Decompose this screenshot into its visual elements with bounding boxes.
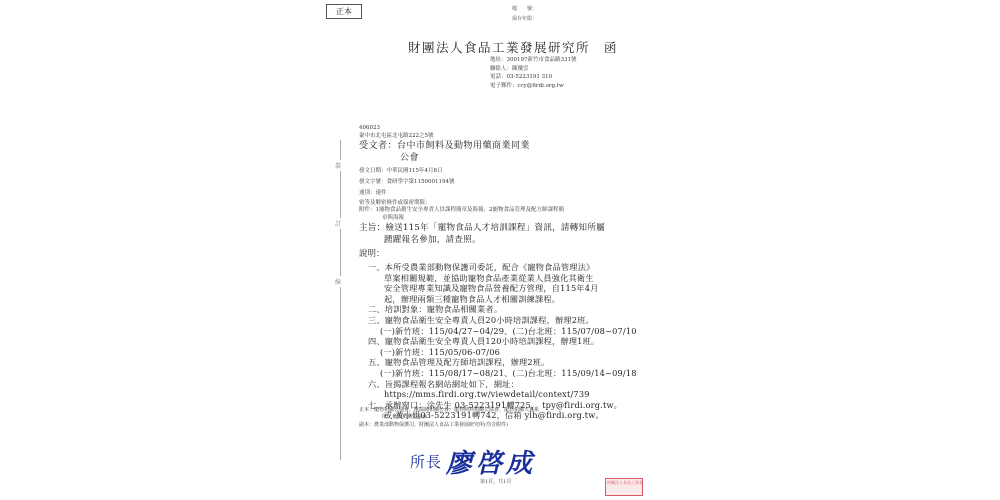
item-6: 六、旨揭課程報名網站網址如下，網址： https://mms.firdi.org… [368,379,637,400]
attachments-line-1: 附件：1寵物食品衛生安全專責人員課程簡章及海報、2寵物食品管理及配方師課程簡 [359,207,564,215]
contact-phone: 電話：03-5223191 310 [490,73,577,82]
issue-number: 發文字號：食研學字第1150001194號 [359,177,455,185]
item-4: 四、寵物食品衛生安全專責人員120小時培訓課程，辦理1班。 (一)新竹班：115… [368,336,637,357]
original-copy-line-2: 所、畜牧相關公協會 [359,414,539,421]
issue-date: 發文日期：中華民國115年4月8日 [359,166,443,174]
attachments-line-2: 章與海報 [359,215,564,223]
official-seal-icon: 財團法人食品工業發展研究所 [605,478,643,496]
retention-label: 保存年限： [512,14,537,24]
confidentiality: 密等及解密條件或保密期限： [359,198,431,206]
explanation-items: 一、本所受農業部動物保護司委託，配合《寵物食品管理法》 草案相關規範，並協助寵物… [368,262,637,421]
sender-address: 地址：300197新竹市食品路331號 [490,56,577,65]
subject-line-1: 主旨：檢送115年「寵物食品人才培訓課程」資訊，請轉知所屬 [359,223,605,235]
signature-name: 廖啓成 [446,449,536,479]
org-name: 財團法人食品工業發展研究所 [408,40,590,55]
postal-code: 406023 [359,124,434,132]
attachments: 附件：1寵物食品衛生安全專責人員課程簡章及海報、2寵物食品管理及配方師課程簡 章… [359,207,564,222]
contact-person: 聯絡人：陳瓊雲 [490,65,577,74]
doc-type: 函 [604,40,618,55]
page-number: 第1頁，共1頁 [480,478,511,485]
original-copy-stamp: 正本 [326,4,362,19]
recipient-line-1: 受文者：台中市飼料及動物用藥商業同業 [359,140,530,152]
binding-mark-1: 裝 [335,160,341,171]
item-2: 二、培訓對象：寵物食品相關業者。 [368,304,637,315]
recipient-line-2: 公會 [359,152,530,164]
binding-mark-2: 訂 [335,218,341,229]
official-letter-page: 正本 檔 號： 保存年限： 財團法人食品工業發展研究所函 地址：300197新竹… [320,0,680,500]
recipient: 受文者：台中市飼料及動物用藥商業同業 公會 [359,140,530,164]
street-address: 臺中市北屯區北屯路222之5號 [359,132,434,140]
contact-email[interactable]: 電子郵件：ccy@firdi.org.tw [490,82,577,91]
recipient-address: 406023 臺中市北屯區北屯路222之5號 [359,124,434,140]
sender-contact: 地址：300197新竹市食品路331號 聯絡人：陳瓊雲 電話：03-522319… [490,56,577,90]
binding-line [340,140,341,460]
item-1: 一、本所受農業部動物保護司委託，配合《寵物食品管理法》 草案相關規範，並協助寵物… [368,262,637,304]
binding-mark-3: 線 [335,276,341,287]
file-number-label: 檔 號： [512,4,537,14]
subject: 主旨：檢送115年「寵物食品人才培訓課程」資訊，請轉知所屬 踴躍報名參加，請查照… [359,223,605,246]
item-3: 三、寵物食品衛生安全專責人員20小時培訓課程，辦理2班。 (一)新竹班：115/… [368,315,637,336]
file-meta: 檔 號： 保存年限： [512,4,537,24]
carbon-copy: 副本：農業部動物保護司、財團法人食品工業發展研究所(均含附件) [359,422,539,429]
subject-line-2: 踴躍報名參加，請查照。 [359,235,605,247]
organization-title: 財團法人食品工業發展研究所函 [408,38,618,56]
explanation-label: 說明： [359,247,385,259]
item-5: 五、寵物食品管理及配方師培訓課程，辦理2班。 (一)新竹班：115/08/17~… [368,357,637,378]
speed-class: 速別：速件 [359,188,387,196]
registration-url-link[interactable]: https://mms.firdi.org.tw/viewdetail/cont… [368,389,637,400]
distribution: 正本：寵物相關公協會、獸醫師相關公會、寵物飼料相關公協會、寵物相關大專系 所、畜… [359,407,539,429]
director-signature: 所長廖啓成 [410,443,536,480]
signature-title: 所長 [410,453,442,471]
